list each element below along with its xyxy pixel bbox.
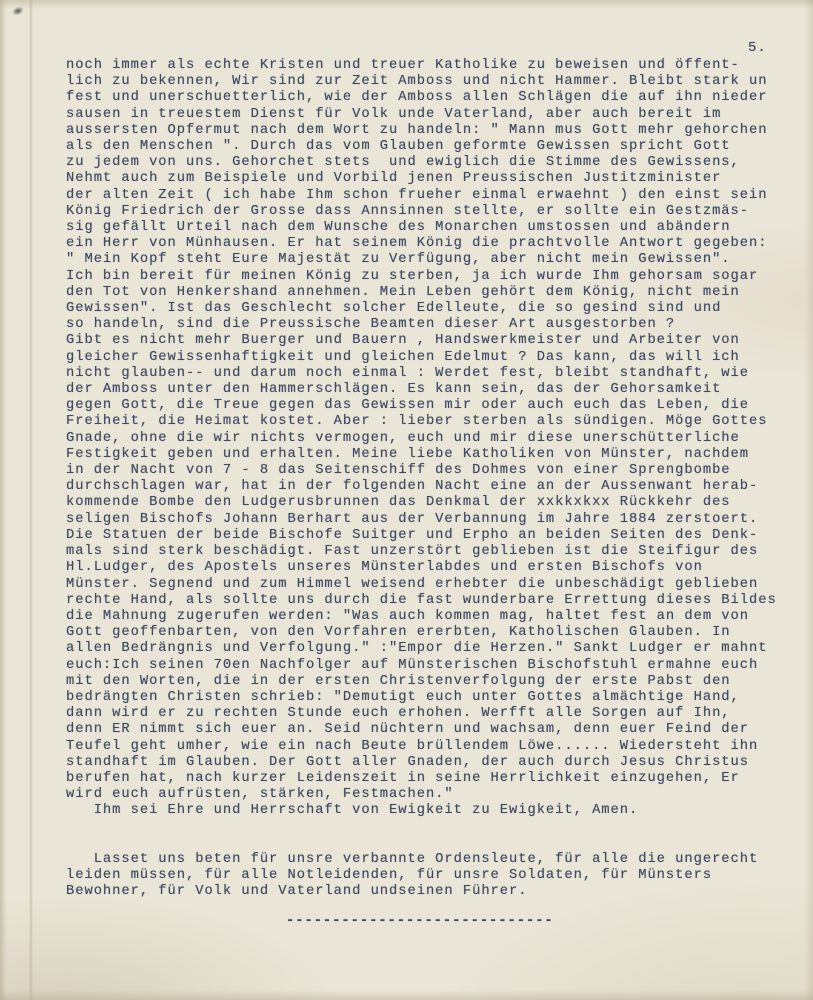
text-line: durchschlagen war, hat in der folgenden …	[66, 479, 806, 495]
text-line: so handeln, sind die Preussische Beamten…	[66, 317, 806, 333]
text-line: noch immer als echte Kristen und treuer …	[66, 58, 806, 74]
text-line: denn ER nimmt sich euer an. Seid nüchter…	[66, 722, 806, 738]
ink-spot	[11, 5, 25, 17]
text-line: Bewohner, für Volk und Vaterland undsein…	[66, 884, 806, 900]
text-line: Gibt es nicht mehr Buerger und Bauern , …	[66, 333, 806, 349]
main-paragraph: noch immer als echte Kristen und treuer …	[66, 58, 806, 820]
text-line: die Mahnung zugerufen werden: "Was auch …	[66, 609, 806, 625]
text-line: lich zu bekennen, Wir sind zur Zeit Ambo…	[66, 74, 806, 90]
text-line: mals sind sterk beschädigt. Fast unzerst…	[66, 544, 806, 560]
text-line: dann wird er zu rechten Stunde euch erho…	[66, 706, 806, 722]
text-line: sig gefällt Urteil nach dem Wunsche des …	[66, 220, 806, 236]
text-line: " Mein Kopf steht Eure Majestät zu Verfü…	[66, 252, 806, 268]
scanned-document-page: 5. noch immer als echte Kristen und treu…	[0, 0, 813, 1000]
prayer-paragraph: Lasset uns beten für unsre verbannte Ord…	[66, 852, 806, 901]
text-line: seligen Bischofs Johann Berhart aus der …	[66, 512, 806, 528]
text-line: als den Menschen ". Durch das vom Glaube…	[66, 139, 806, 155]
text-line: der Amboss unter den Hammerschlägen. Es …	[66, 382, 806, 398]
text-line: aussersten Opfermut nach dem Wort zu han…	[66, 123, 806, 139]
text-line: in der Nacht von 7 - 8 das Seitenschiff …	[66, 463, 806, 479]
text-line: Nehmt auch zum Beispiele und Vorbild jen…	[66, 171, 806, 187]
text-line: der alten Zeit ( ich habe Ihm schon frue…	[66, 188, 806, 204]
text-line: nicht glauben-- und darum noch einmal : …	[66, 366, 806, 382]
text-line: gleicher Gewissenhaftigkeit und gleichen…	[66, 350, 806, 366]
text-line: Münster. Segnend und zum Himmel weisend …	[66, 577, 806, 593]
text-line: rechte Hand, als sollte uns durch die fa…	[66, 593, 806, 609]
text-line: Freiheit, die Heimat kostet. Aber : lieb…	[66, 414, 806, 430]
text-line: Hl.Ludger, des Apostels unseres Münsterl…	[66, 560, 806, 576]
text-line: leiden müssen, für alle Notleidenden, fü…	[66, 868, 806, 884]
text-line: gegen Gott, die Treue gegen das Gewissen…	[66, 398, 806, 414]
separator-line: -----------------------------	[66, 914, 806, 930]
text-line: ein Herr von Münhausen. Er hat seinem Kö…	[66, 236, 806, 252]
text-line: Die Statuen der beide Bischofe Suitger u…	[66, 528, 806, 544]
text-line: standhaft im Glauben. Der Gott aller Gna…	[66, 755, 806, 771]
text-line: allen Bedrängnis und Verfolgung." :"Empo…	[66, 641, 806, 657]
text-line: bedrängten Christen schrieb: "Demutigt e…	[66, 690, 806, 706]
text-line: Teufel geht umher, wie ein nach Beute br…	[66, 739, 806, 755]
text-line: euch:Ich seinen 70en Nachfolger auf Müns…	[66, 658, 806, 674]
text-line: mit den Worten, die in der ersten Christ…	[66, 674, 806, 690]
text-line: wird euch aufrüsten, stärken, Festmachen…	[66, 787, 806, 803]
text-line: zu jedem von uns. Gehorchet stets und ew…	[66, 155, 806, 171]
text-line: den Tot von Henkershand annehmen. Mein L…	[66, 285, 806, 301]
text-line: Gnade, ohne die wir nichts vermogen, euc…	[66, 431, 806, 447]
text-line: König Friedrich der Grosse dass Annsinne…	[66, 204, 806, 220]
text-line: Gott geoffenbarten, von den Vorfahren er…	[66, 625, 806, 641]
text-line: fest und unerschuetterlich, wie der Ambo…	[66, 90, 806, 106]
text-line: berufen hat, nach kurzer Leidenszeit in …	[66, 771, 806, 787]
text-line: Lasset uns beten für unsre verbannte Ord…	[66, 852, 806, 868]
text-line: Gewissen". Ist das Geschlecht solcher Ed…	[66, 301, 806, 317]
text-line: sausen in treuestem Dienst für Volk unde…	[66, 107, 806, 123]
text-line: Festigkeit geben und erhalten. Meine lie…	[66, 447, 806, 463]
text-line: kommende Bombe den Ludgerusbrunnen das D…	[66, 495, 806, 511]
text-line: Ihm sei Ehre und Herrschaft von Ewigkeit…	[66, 803, 806, 819]
document-text: noch immer als echte Kristen und treuer …	[66, 58, 806, 930]
text-line: Ich bin bereit für meinen König zu sterb…	[66, 269, 806, 285]
page-number: 5.	[748, 40, 767, 56]
